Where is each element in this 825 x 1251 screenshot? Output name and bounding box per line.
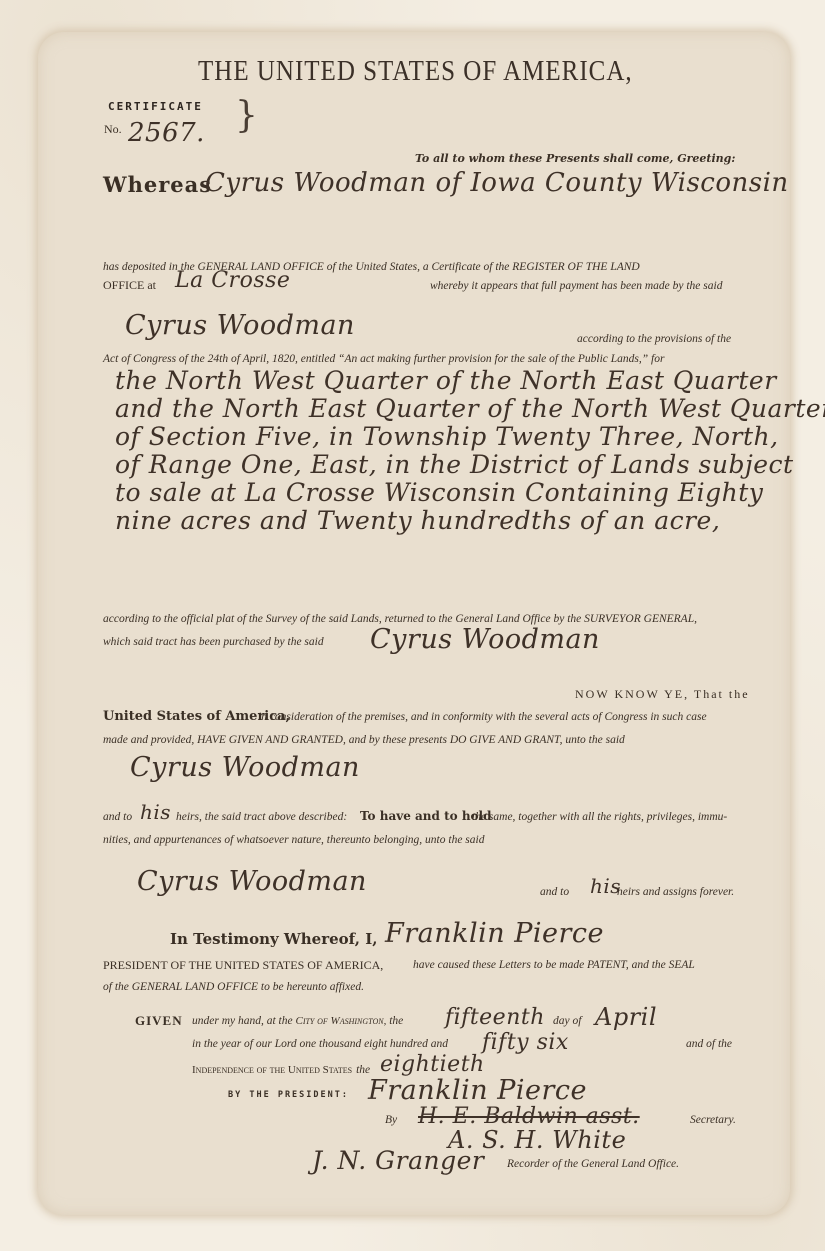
brace-icon: } [235,98,258,134]
and-to-text-2: and to [540,886,569,898]
and-to-text: and to [103,811,132,823]
month-written: April [595,1003,657,1031]
provisions-text: according to the provisions of the [577,333,731,345]
president-signature: Franklin Pierce [385,918,604,949]
land-description-line: of Range One, East, in the District of L… [115,450,794,479]
land-description-line: the North West Quarter of the North East… [115,366,777,395]
payment-text: whereby it appears that full payment has… [430,280,722,292]
president-signature-2: Franklin Pierce [368,1075,587,1106]
grantee-name-3: Cyrus Woodman [130,752,360,783]
seal-text: of the GENERAL LAND OFFICE to be hereunt… [103,981,364,993]
day-written: fifteenth [445,1005,545,1030]
given-text: under my hand, at the City of Washington… [192,1015,403,1027]
and-of-the-text: and of the [686,1038,732,1050]
secretary-label: Secretary. [690,1114,736,1126]
city: City of Washington, [295,1015,386,1027]
day-of-text: day of [553,1015,581,1027]
text: under my hand, at the [192,1015,293,1027]
recorder-label: Recorder of the General Land Office. [507,1158,679,1170]
consideration-text: in consideration of the premises, and in… [258,711,707,723]
land-description-line: of Section Five, in Township Twenty Thre… [115,422,779,451]
pronoun-1: his [140,800,171,824]
grantee-name-4: Cyrus Woodman [137,866,367,897]
greeting: To all to whom these Presents shall come… [415,152,735,165]
land-description-line: nine acres and Twenty hundredths of an a… [115,506,720,535]
year-text: in the year of our Lord one thousand eig… [192,1038,448,1050]
act-text: Act of Congress of the 24th of April, 18… [103,353,664,365]
land-description-line: and the North East Quarter of the North … [115,394,825,423]
grantee-name-1: Cyrus Woodman [125,310,355,341]
heirs-text: heirs, the said tract above described: [176,811,347,823]
text: Independence of the United States [192,1064,352,1076]
text: NOW KNOW YE, That the [575,687,750,701]
given-heading: GIVEN [135,1013,183,1029]
certificate-no-label: No. [104,122,122,137]
purchased-text: which said tract has been purchased by t… [103,636,324,648]
granted-text: made and provided, HAVE GIVEN AND GRANTE… [103,734,625,746]
president-title: PRESIDENT OF THE UNITED STATES OF AMERIC… [103,958,383,973]
margin-annotation [10,1100,24,1210]
now-know-ye: NOW KNOW YE, That the [575,687,750,702]
independence-text: Independence of the United States the [192,1060,370,1078]
by-text: By [385,1114,397,1126]
heirs-assigns-text: heirs and assigns forever. [617,886,734,898]
document-title: THE UNITED STATES OF AMERICA, [198,56,633,87]
certificate-label: CERTIFICATE [108,100,203,113]
grantee-full: Cyrus Woodman of Iowa County Wisconsin [205,168,789,198]
in-testimony-heading: In Testimony Whereof, I, [170,930,377,948]
land-description-line: to sale at La Crosse Wisconsin Containin… [115,478,763,507]
office-label: OFFICE at [103,278,156,293]
grantee-name-2: Cyrus Woodman [370,624,600,655]
whereas-heading: Whereas [103,172,212,197]
appurtenances-text: nities, and appurtenances of whatsoever … [103,834,484,846]
certificate-number: 2567. [128,118,205,148]
patent-text: have caused these Letters to be made PAT… [413,959,695,971]
by-the-president: BY THE PRESIDENT: [228,1090,349,1100]
independence-year: eightieth [380,1052,485,1077]
text: the [389,1015,403,1027]
rights-text: the same, together with all the rights, … [472,811,727,823]
recorder-signature: J. N. Granger [312,1146,484,1175]
year-written: fifty six [482,1030,569,1055]
land-office: La Crosse [175,268,290,293]
